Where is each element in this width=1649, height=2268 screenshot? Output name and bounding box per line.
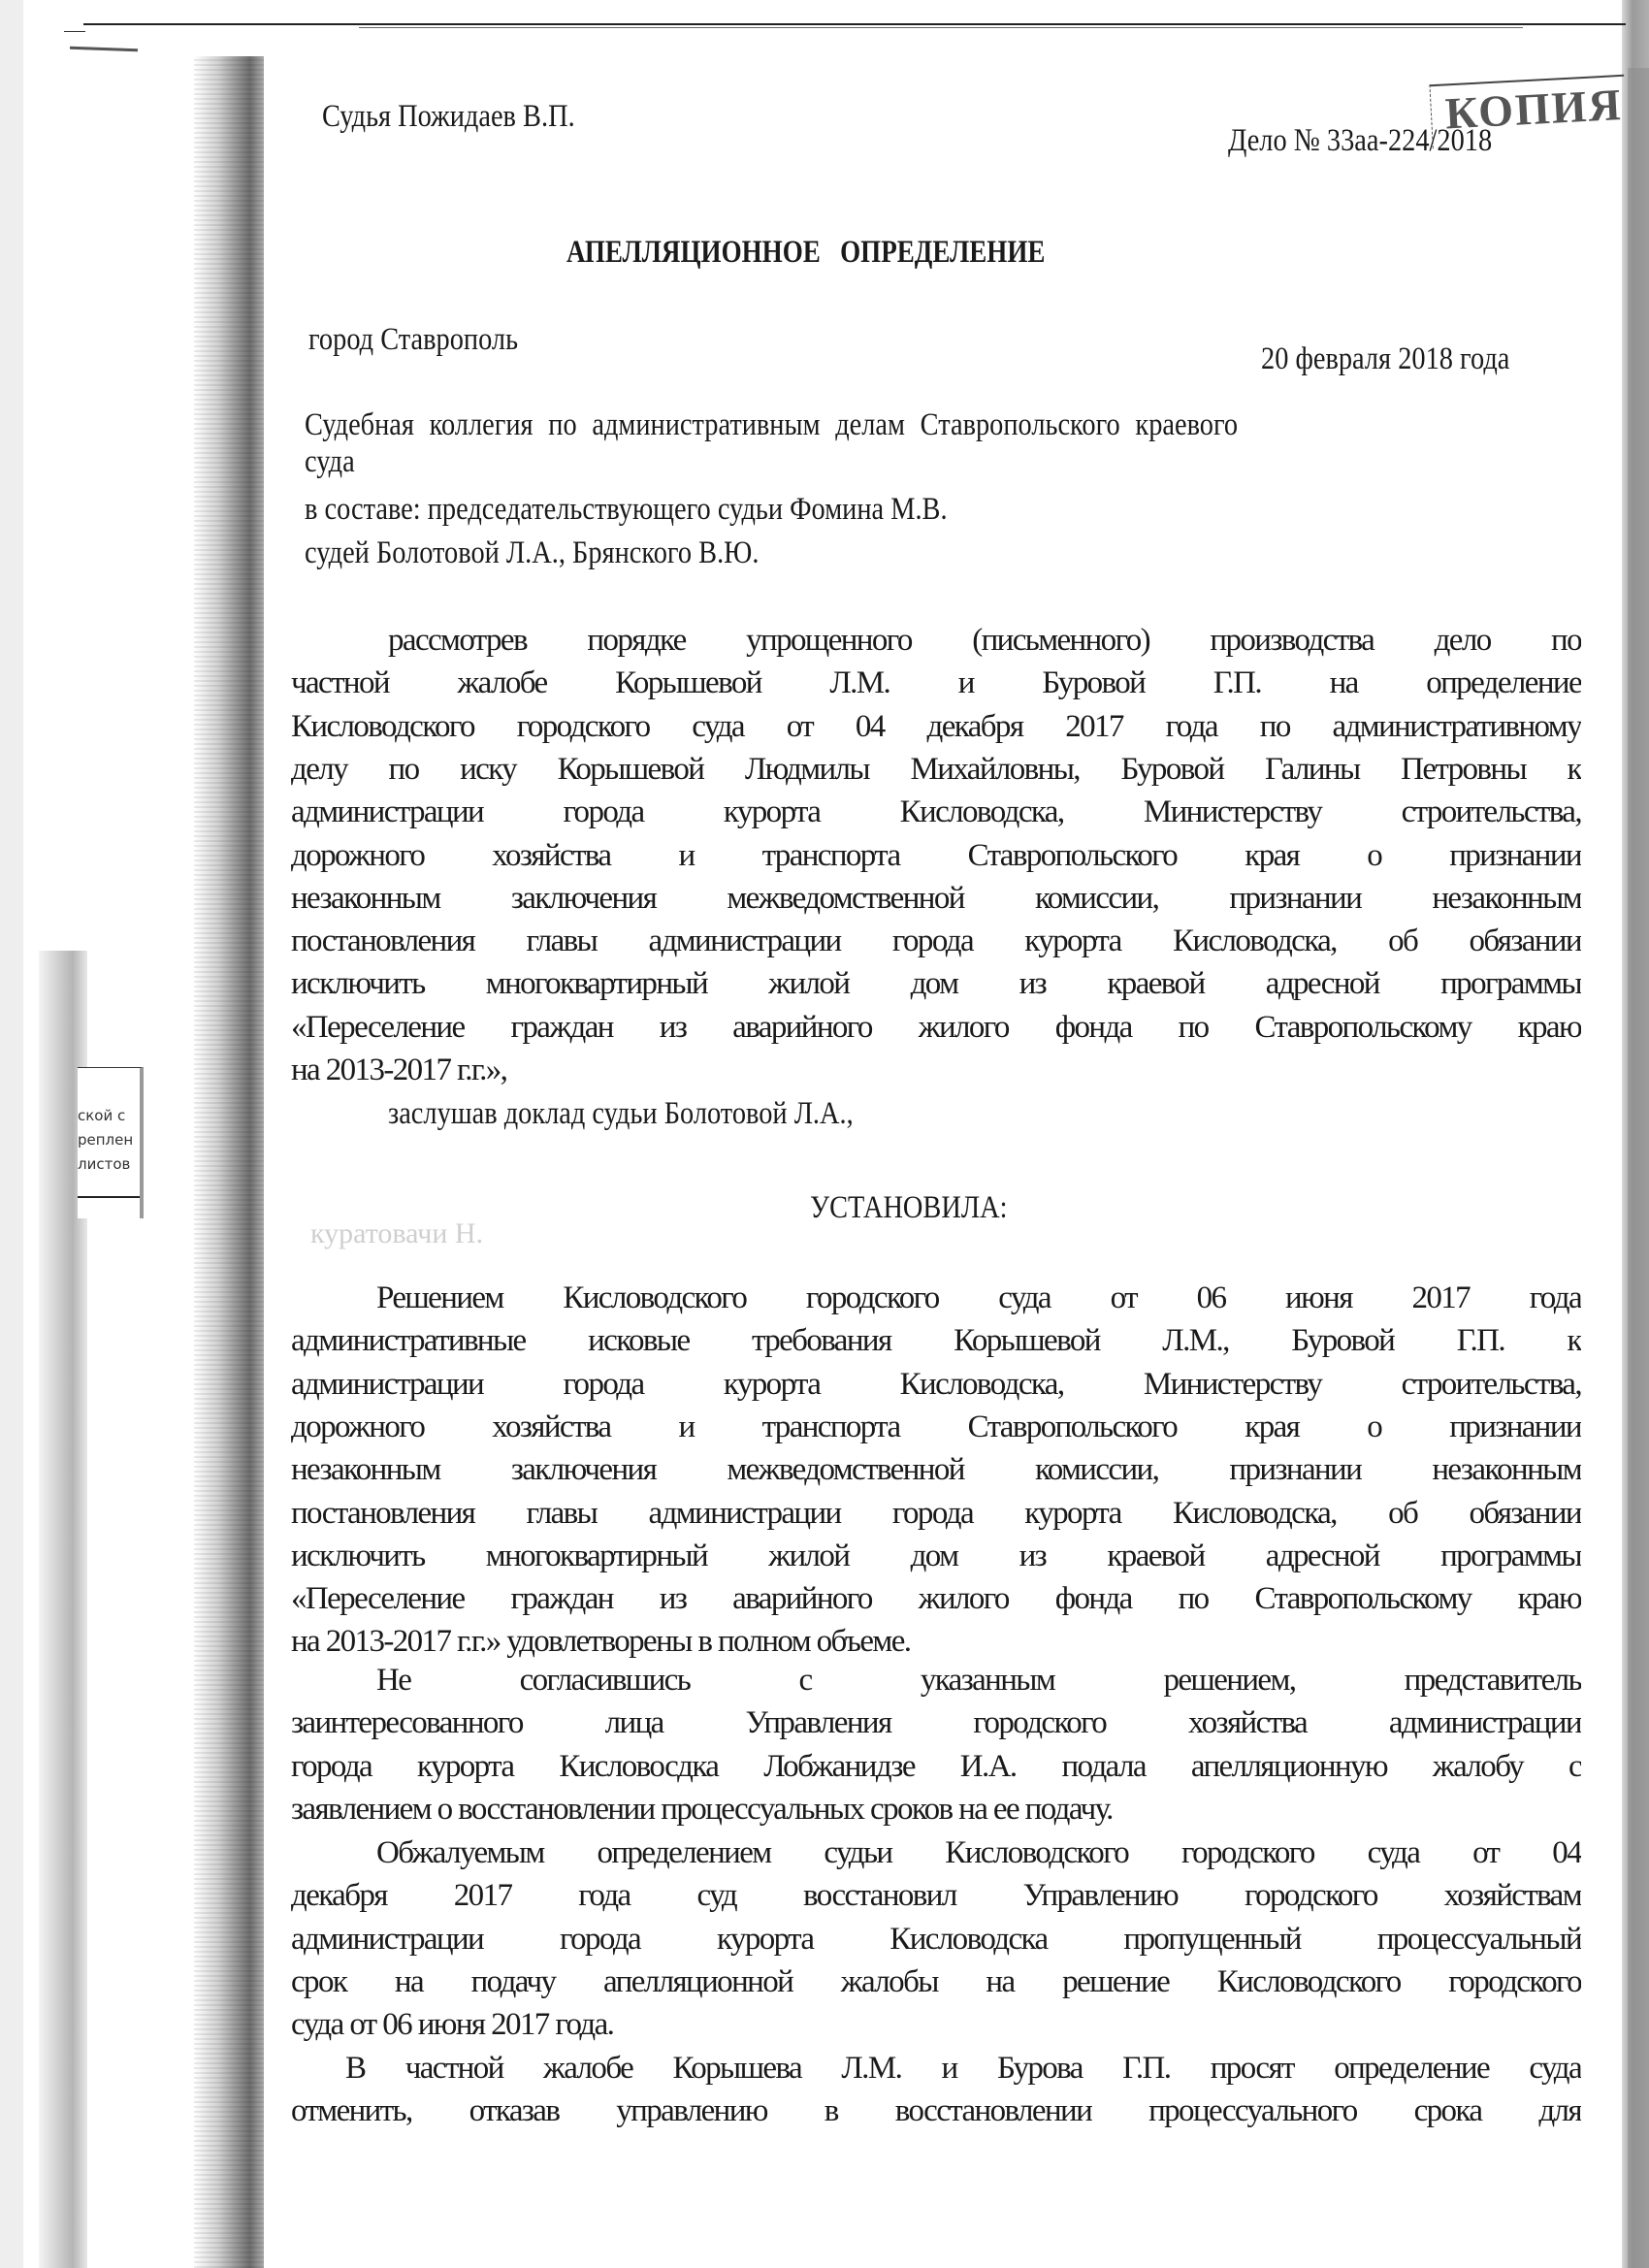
text-line-content: города курорта Кисловосдка Лобжанидзе И.…	[291, 1749, 1581, 1784]
text-line-content: незаконным заключения межведомственной к…	[291, 881, 1581, 916]
text-line-content: администрации города курорта Кисловодска…	[291, 1367, 1581, 1402]
text-line-content: суда от 06 июня 2017 года.	[291, 2007, 613, 2042]
text-line: декабря 2017 года суд восстановил Управл…	[291, 1876, 1581, 1915]
text-line-content: исключить многоквартирный жилой дом из к…	[291, 1539, 1581, 1573]
text-line-content: дорожного хозяйства и транспорта Ставроп…	[291, 838, 1581, 873]
text-line: дорожного хозяйства и транспорта Ставроп…	[291, 836, 1581, 875]
heard-line: заслушав доклад судьи Болотовой Л.А.,	[388, 1094, 854, 1133]
text-line-content: постановления главы администрации города…	[291, 923, 1581, 958]
text-line-content: отменить, отказав управлению в восстанов…	[291, 2093, 1581, 2128]
top-rule	[83, 23, 1626, 25]
text-line: «Переселение граждан из аварийного жилог…	[291, 1008, 1581, 1047]
court-line-3: в составе: председательствующего судьи Ф…	[305, 490, 948, 529]
scan-mark	[64, 31, 85, 32]
text-line: на 2013-2017 г.г.»,	[291, 1051, 1581, 1089]
text-line: срок на подачу апелляционной жалобы на р…	[291, 1962, 1581, 2001]
text-line: исключить многоквартирный жилой дом из к…	[291, 964, 1581, 1003]
text-line-content: незаконным заключения межведомственной к…	[291, 1452, 1581, 1487]
text-line: заявлением о восстановлении процессуальн…	[291, 1790, 1581, 1829]
margin-sticker: ской с реплен листов	[78, 1067, 144, 1218]
text-line: заинтересованного лица Управления городс…	[291, 1703, 1581, 1742]
text-line: администрации города курорта Кисловодска…	[291, 793, 1581, 831]
text-line-content: администрации города курорта Кисловодска…	[291, 1922, 1581, 1957]
text-line: делу по иску Корышевой Людмилы Михайловн…	[291, 750, 1581, 789]
text-line-content: исключить многоквартирный жилой дом из к…	[291, 966, 1581, 1001]
text-line: «Переселение граждан из аварийного жилог…	[291, 1579, 1581, 1618]
text-line-content: администрации города курорта Кисловодска…	[291, 794, 1581, 829]
text-line: Не согласившись с указанным решением, пр…	[376, 1661, 1581, 1700]
sticker-line: реплен	[78, 1131, 133, 1149]
text-line: дорожного хозяйства и транспорта Ставроп…	[291, 1408, 1581, 1446]
text-line: административные исковые требования Коры…	[291, 1321, 1581, 1360]
text-line-content: частной жалобе Корышевой Л.М. и Буровой …	[291, 665, 1581, 700]
document-title: АПЕЛЛЯЦИОННОЕ ОПРЕДЕЛЕНИЕ	[566, 233, 1045, 272]
sticker-line: ской с	[78, 1107, 125, 1124]
text-line: Обжалуемым определением судьи Кисловодск…	[376, 1833, 1581, 1872]
text-line-content: административные исковые требования Коры…	[291, 1323, 1581, 1358]
text-line: Решением Кисловодского городского суда о…	[376, 1279, 1581, 1317]
text-line: постановления главы администрации города…	[291, 922, 1581, 960]
court-line-2: суда	[305, 442, 355, 481]
text-line-content: делу по иску Корышевой Людмилы Михайловн…	[291, 752, 1581, 787]
judge-name: Судья Пожидаев В.П.	[322, 97, 575, 136]
text-line: администрации города курорта Кисловодска…	[291, 1920, 1581, 1959]
court-line-4: судей Болотовой Л.А., Брянского В.Ю.	[305, 534, 759, 572]
text-line-content: «Переселение граждан из аварийного жилог…	[291, 1010, 1581, 1045]
scan-mark	[70, 47, 138, 51]
text-line-content: В частной жалобе Корышева Л.М. и Бурова …	[345, 2051, 1581, 2086]
right-scan-edge	[1622, 0, 1649, 2268]
city: город Ставрополь	[308, 320, 518, 359]
text-line-content: заявлением о восстановлении процессуальн…	[291, 1792, 1113, 1827]
date: 20 февраля 2018 года	[1261, 340, 1509, 378]
text-line-content: Обжалуемым определением судьи Кисловодск…	[376, 1835, 1581, 1870]
text-line: суда от 06 июня 2017 года.	[291, 2005, 1581, 2044]
text-line: Кисловодского городского суда от 04 дека…	[291, 707, 1581, 746]
text-line-content: Не согласившись с указанным решением, пр…	[376, 1663, 1581, 1698]
text-line: исключить многоквартирный жилой дом из к…	[291, 1537, 1581, 1575]
text-line: администрации города курорта Кисловодска…	[291, 1365, 1581, 1404]
court-line-1: Судебная коллегия по административным де…	[305, 405, 1595, 444]
section-heading: УСТАНОВИЛА:	[810, 1188, 1007, 1227]
text-line: отменить, отказав управлению в восстанов…	[291, 2091, 1581, 2130]
text-line-content: Решением Кисловодского городского суда о…	[376, 1280, 1581, 1315]
text-line: частной жалобе Корышевой Л.М. и Буровой …	[291, 664, 1581, 702]
text-line-content: дорожного хозяйства и транспорта Ставроп…	[291, 1409, 1581, 1444]
text-line: незаконным заключения межведомственной к…	[291, 879, 1581, 918]
text-line: города курорта Кисловосдка Лобжанидзе И.…	[291, 1747, 1581, 1786]
text-line: В частной жалобе Корышева Л.М. и Бурова …	[345, 2049, 1581, 2088]
text-line-content: «Переселение граждан из аварийного жилог…	[291, 1581, 1581, 1616]
text-line-content: заинтересованного лица Управления городс…	[291, 1705, 1581, 1740]
text-line: незаконным заключения межведомственной к…	[291, 1450, 1581, 1489]
sticker-line: листов	[78, 1155, 130, 1173]
scan-shadow-band	[194, 56, 264, 2268]
text-line: рассмотрев порядке упрощенного (письменн…	[388, 621, 1581, 660]
bleed-through-text: куратовачи Н.	[310, 1217, 483, 1250]
text-line-content: срок на подачу апелляционной жалобы на р…	[291, 1964, 1581, 1999]
text-line-content: на 2013-2017 г.г.»,	[291, 1053, 506, 1087]
text-line-content: Кисловодского городского суда от 04 дека…	[291, 709, 1581, 744]
text-line: постановления главы администрации города…	[291, 1494, 1581, 1533]
top-rule-secondary	[359, 27, 1523, 28]
text-line-content: на 2013-2017 г.г.» удовлетворены в полно…	[291, 1624, 910, 1659]
text-line-content: постановления главы администрации города…	[291, 1496, 1581, 1531]
left-margin	[0, 0, 23, 2268]
case-number: Дело № 33аа-224/2018	[1228, 121, 1492, 160]
text-line: на 2013-2017 г.г.» удовлетворены в полно…	[291, 1622, 1581, 1661]
text-line-content: рассмотрев порядке упрощенного (письменн…	[388, 623, 1581, 658]
text-line-content: декабря 2017 года суд восстановил Управл…	[291, 1878, 1581, 1913]
